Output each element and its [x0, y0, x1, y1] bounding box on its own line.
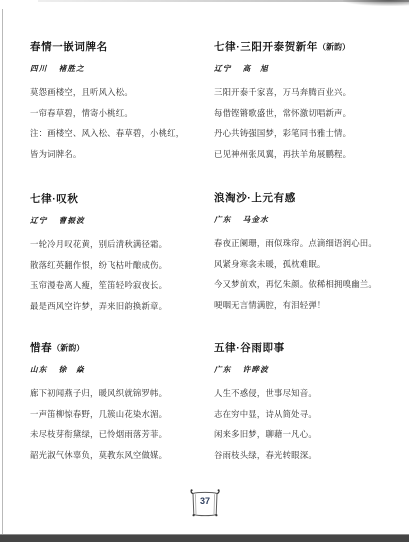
poem-lines: 三阳开泰千家喜，万马奔腾百业兴。 每借铿锵歌盛世，常怀激切唱新声。 丹心共铸强国… [214, 83, 396, 166]
poem-block-6: 五律·谷雨即事 广东许晔波 人生不惑侵，世事尽知音。 志在穷中显，诗从简处寻。 … [214, 331, 396, 467]
poem-title: 七律·三阳开泰贺新年（新韵） [214, 39, 396, 54]
poem-line: 莫怨画楼空，且听风入松。 [30, 83, 212, 104]
scan-smudge-icon [343, 0, 409, 6]
poem-lines: 廊下初闻燕子归，暖风织就锦罗帏。 一声笛柳惊春野，几簇山花染水湄。 未尽枝芽衔黛… [30, 384, 212, 467]
poem-lines: 莫怨画楼空，且听风入松。 一帘春草碧，情寄小桃红。 注：画楼空、风入松、春草碧，… [30, 83, 212, 166]
poem-line: 注：画楼空、风入松、春草碧，小桃红， [30, 124, 212, 145]
poem-line: 人生不惑侵，世事尽知音。 [214, 384, 396, 405]
poem-lines: 人生不惑侵，世事尽知音。 志在穷中显，诗从简处寻。 闲来多旧梦，聊藉一凡心。 谷… [214, 384, 396, 467]
poem-title: 春情一嵌词牌名 [30, 39, 212, 54]
bottom-scan-bar [0, 534, 409, 542]
author-region: 辽宁 [214, 64, 232, 73]
page-number: 37 [185, 496, 225, 506]
poem-line: 志在穷中显，诗从简处寻。 [214, 405, 396, 426]
poem-title-text: 浪淘沙·上元有感 [214, 192, 296, 204]
poem-author: 广东许晔波 [214, 364, 396, 375]
poem-title-text: 五律·谷雨即事 [214, 342, 285, 354]
poem-lines: 春夜正阑珊，雨似珠帘。点滴细语润心田。 风紧身寒衾未暖，孤枕难眠。 今又梦前欢，… [214, 234, 396, 317]
poem-block-1: 春情一嵌词牌名 四川褚胜之 莫怨画楼空，且听风入松。 一帘春草碧，情寄小桃红。 … [30, 30, 212, 166]
author-name: 马金水 [243, 215, 269, 224]
poem-line: 一帘春草碧，情寄小桃红。 [30, 104, 212, 125]
poem-line: 皆为词牌名。 [30, 145, 212, 166]
poem-subtitle: （新韵） [52, 343, 84, 352]
poem-line: 玉帘漫卷离人瘦，笙笛轻吟寂夜长。 [30, 276, 212, 297]
poem-title-text: 春情一嵌词牌名 [30, 41, 108, 53]
poem-block-2: 七律·三阳开泰贺新年（新韵） 辽宁高 旭 三阳开泰千家喜，万马奔腾百业兴。 每借… [214, 30, 396, 166]
poem-title: 惜春（新韵） [30, 340, 212, 355]
author-region: 广东 [214, 215, 232, 224]
poem-line: 韶光淑气休辜负，莫教东风空做媒。 [30, 446, 212, 467]
poem-line: 今又梦前欢，再忆朱颜。依稀相拥嗅幽兰。 [214, 275, 396, 296]
author-region: 广东 [214, 365, 232, 374]
book-page: 春情一嵌词牌名 四川褚胜之 莫怨画楼空，且听风入松。 一帘春草碧，情寄小桃红。 … [0, 0, 409, 542]
poem-line: 闲来多旧梦，聊藉一凡心。 [214, 425, 396, 446]
poem-block-5: 惜春（新韵） 山东徐 焱 廊下初闻燕子归，暖风织就锦罗帏。 一声笛柳惊春野，几簇… [30, 331, 212, 467]
author-region: 山东 [30, 365, 48, 374]
poem-title: 五律·谷雨即事 [214, 340, 396, 355]
poem-line: 一轮冷月叹花黄，别后清秋满径霜。 [30, 235, 212, 256]
poem-line: 已见神州张凤翼，再扶羊角展鹏程。 [214, 145, 396, 166]
author-name: 高 旭 [243, 64, 269, 73]
poem-title-text: 惜春 [30, 342, 52, 354]
poem-line: 散落红英翻作恨，纷飞枯叶酿成伤。 [30, 256, 212, 277]
poem-line: 风紧身寒衾未暖，孤枕难眠。 [214, 255, 396, 276]
poem-lines: 一轮冷月叹花黄，别后清秋满径霜。 散落红英翻作恨，纷飞枯叶酿成伤。 玉帘漫卷离人… [30, 235, 212, 318]
poem-author: 广东马金水 [214, 214, 396, 225]
poem-line: 春夜正阑珊，雨似珠帘。点滴细语润心田。 [214, 234, 396, 255]
poem-title-text: 七律·叹秋 [30, 193, 79, 205]
author-name: 褚胜之 [59, 64, 85, 73]
poem-block-4: 浪淘沙·上元有感 广东马金水 春夜正阑珊，雨似珠帘。点滴细语润心田。 风紧身寒衾… [214, 181, 396, 317]
author-name: 曹振波 [59, 216, 85, 225]
poem-author: 四川褚胜之 [30, 63, 212, 74]
poem-line: 一声笛柳惊春野，几簇山花染水湄。 [30, 405, 212, 426]
author-name: 许晔波 [243, 365, 269, 374]
scan-edge-left [2, 9, 3, 534]
poem-author: 辽宁曹振波 [30, 215, 212, 226]
poem-line: 廊下初闻燕子归，暖风织就锦罗帏。 [30, 384, 212, 405]
poem-line: 谷雨枝头绿，春光转眼深。 [214, 446, 396, 467]
author-region: 四川 [30, 64, 48, 73]
author-name: 徐 焱 [59, 365, 85, 374]
poem-author: 山东徐 焱 [30, 364, 212, 375]
poem-title: 浪淘沙·上元有感 [214, 190, 396, 205]
poem-author: 辽宁高 旭 [214, 63, 396, 74]
poem-line: 丹心共铸强国梦，彩笔同书雅士情。 [214, 124, 396, 145]
poem-line: 最是西风空许梦，弄来旧韵换新章。 [30, 297, 212, 318]
poem-block-3: 七律·叹秋 辽宁曹振波 一轮冷月叹花黄，别后清秋满径霜。 散落红英翻作恨，纷飞枯… [30, 182, 212, 318]
poem-title: 七律·叹秋 [30, 191, 212, 206]
poem-line: 每借铿锵歌盛世，常怀激切唱新声。 [214, 104, 396, 125]
author-region: 辽宁 [30, 216, 48, 225]
poem-subtitle: （新韵） [318, 42, 350, 51]
page-number-banner: 37 [185, 488, 225, 520]
poem-line: 未尽枝芽衔黛绿，已怜烟雨落芳菲。 [30, 425, 212, 446]
poem-title-text: 七律·三阳开泰贺新年 [214, 41, 318, 53]
poem-line: 哽咽无言情满腔，有泪轻弹！ [214, 296, 396, 317]
poem-line: 三阳开泰千家喜，万马奔腾百业兴。 [214, 83, 396, 104]
